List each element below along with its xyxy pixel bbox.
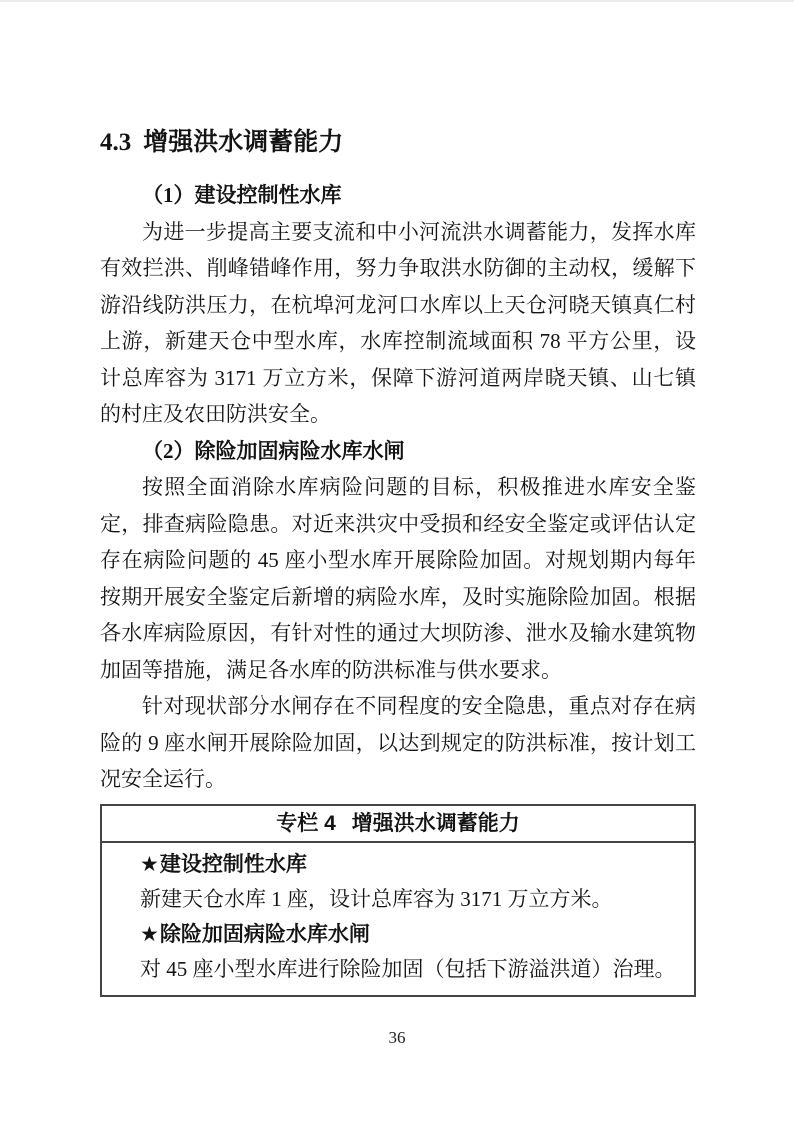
callout-label: 专栏 4 bbox=[276, 812, 336, 835]
callout-box: 专栏 4增强洪水调蓄能力 ★建设控制性水库 新建天仓水库 1 座，设计总库容为 … bbox=[100, 804, 696, 997]
callout-body: ★建设控制性水库 新建天仓水库 1 座，设计总库容为 3171 万立方米。 ★除… bbox=[102, 843, 694, 995]
callout-item-text-1: 新建天仓水库 1 座，设计总库容为 3171 万立方米。 bbox=[140, 882, 676, 917]
paragraph-2: 按照全面消除水库病险问题的目标，积极推进水库安全鉴定，排查病险隐患。对近来洪灾中… bbox=[100, 469, 696, 688]
section-heading: 4.3增强洪水调蓄能力 bbox=[100, 126, 696, 159]
subsection-heading-1: （1）建设控制性水库 bbox=[100, 177, 696, 214]
callout-item-heading-text: 除险加固病险水库水闸 bbox=[160, 923, 370, 946]
paragraph-1: 为进一步提高主要支流和中小河流洪水调蓄能力，发挥水库有效拦洪、削峰错峰作用，努力… bbox=[100, 214, 696, 433]
callout-item-text-2: 对 45 座小型水库进行除险加固（包括下游溢洪道）治理。 bbox=[140, 952, 676, 987]
section-title: 增强洪水调蓄能力 bbox=[143, 128, 343, 156]
callout-title-text: 增强洪水调蓄能力 bbox=[352, 812, 520, 835]
star-icon: ★ bbox=[140, 853, 159, 876]
star-icon: ★ bbox=[140, 923, 159, 946]
paragraph-3: 针对现状部分水闸存在不同程度的安全隐患，重点对存在病险的 9 座水闸开展除险加固… bbox=[100, 688, 696, 798]
section-number: 4.3 bbox=[100, 129, 131, 156]
page-number: 36 bbox=[0, 1028, 794, 1048]
callout-item-heading-1: ★建设控制性水库 bbox=[140, 847, 676, 882]
document-page: { "doc": { "heading_number": "4.3", "hea… bbox=[0, 0, 794, 1122]
subsection-heading-2: （2）除险加固病险水库水闸 bbox=[100, 433, 696, 470]
callout-title: 专栏 4增强洪水调蓄能力 bbox=[102, 806, 694, 843]
callout-item-heading-text: 建设控制性水库 bbox=[160, 853, 307, 876]
callout-item-heading-2: ★除险加固病险水库水闸 bbox=[140, 917, 676, 952]
page-content: 4.3增强洪水调蓄能力 （1）建设控制性水库 为进一步提高主要支流和中小河流洪水… bbox=[100, 126, 696, 997]
